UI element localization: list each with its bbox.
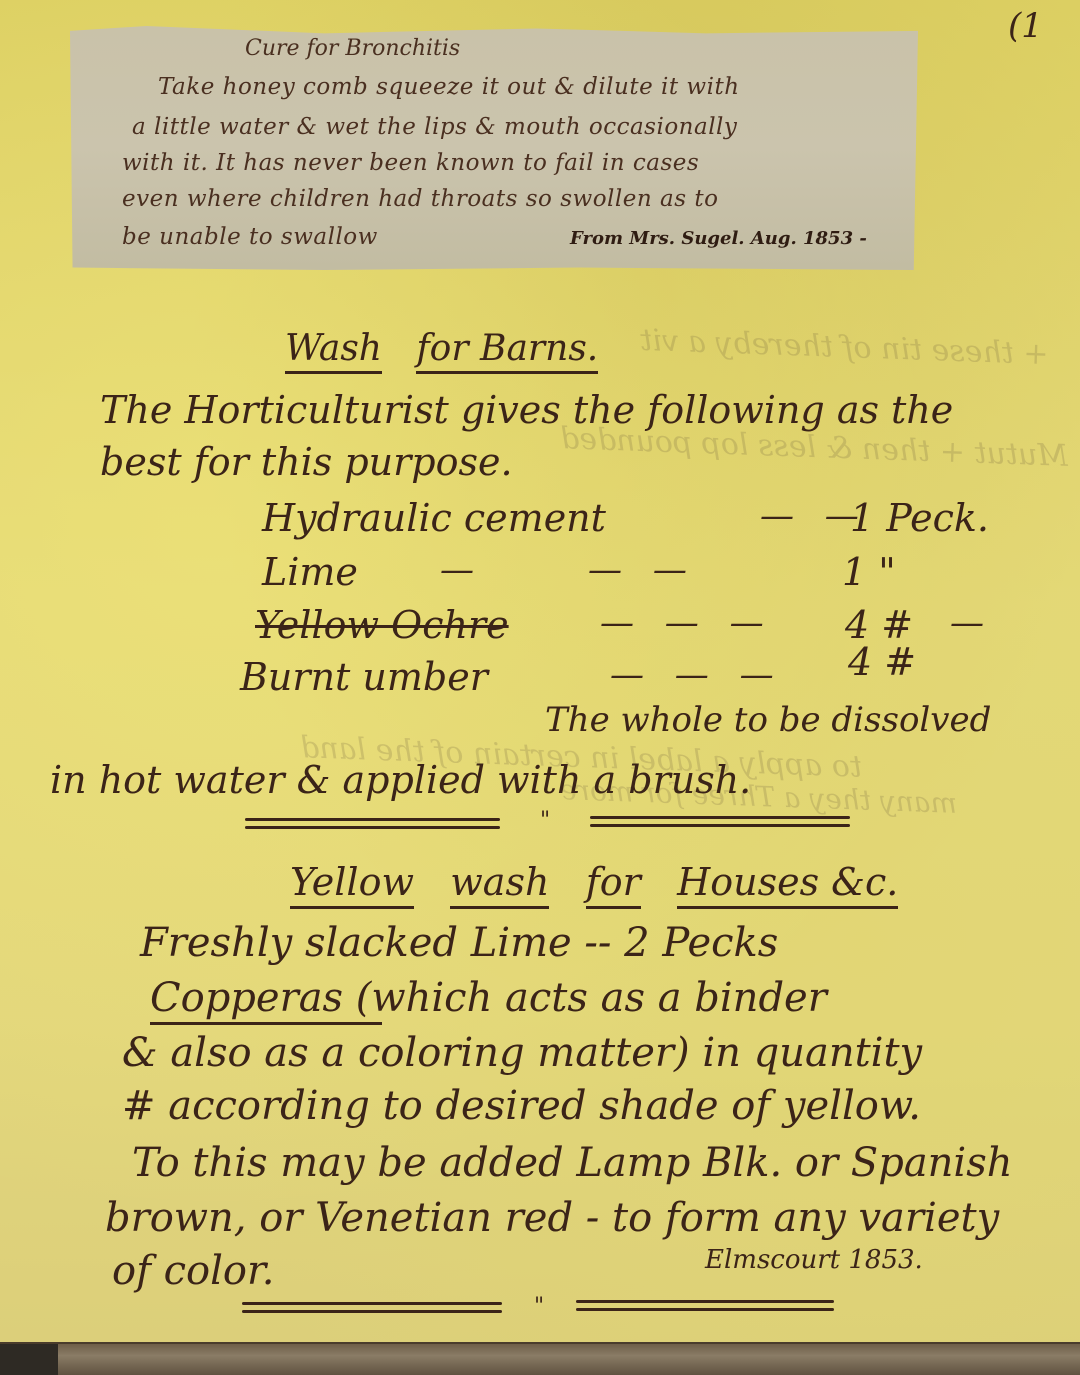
slip-title: Cure for Bronchitis — [245, 36, 460, 61]
slip-line: Take honey comb squeeze it out & dilute … — [158, 74, 740, 100]
divider-rule — [245, 818, 500, 821]
recipe-line: of color. — [112, 1248, 274, 1294]
title-word: for — [586, 860, 641, 909]
recipe-line: & also as a coloring matter) in quantity — [122, 1030, 922, 1076]
title-word: for Barns. — [416, 328, 598, 374]
ditto-mark: " — [540, 808, 550, 833]
title-space — [562, 860, 574, 904]
recipe-line: Freshly slacked Lime -- 2 Pecks — [140, 920, 778, 966]
recipe-line: To this may be added Lamp Blk. or Spanis… — [132, 1140, 1013, 1186]
divider-rule — [242, 1302, 502, 1305]
ingredient-name: Yellow Ochre — [255, 603, 509, 647]
slip-line: a little water & wet the lips & mouth oc… — [132, 114, 737, 140]
ingredient-quantity: 1 Peck. — [850, 496, 989, 540]
leader-dashes: — — — — [610, 655, 784, 695]
intro-line: best for this purpose. — [100, 440, 513, 484]
pasted-note-slip: Cure for Bronchitis Take honey comb sque… — [70, 26, 918, 270]
recipe-line: # according to desired shade of yellow. — [122, 1083, 921, 1129]
recipe-title-barns: Wash for Barns. — [285, 328, 598, 369]
instruction-line: in hot water & applied with a brush. — [50, 758, 751, 802]
recipe-attribution: Elmscourt 1853. — [705, 1245, 923, 1275]
ditto-mark: " — [534, 1294, 544, 1319]
book-binding-edge — [0, 1342, 1080, 1375]
ingredient-quantity: 1 " — [842, 550, 896, 594]
ingredient-name: Hydraulic cement — [262, 496, 606, 540]
intro-line: The Horticulturist gives the following a… — [100, 388, 953, 432]
manuscript-page: + these tin of thereby a vit Mutut + the… — [0, 0, 1080, 1342]
ingredient-quantity: 4 # — [848, 640, 916, 684]
ingredient-name: Lime — [262, 550, 358, 594]
slip-line: even where children had throats so swoll… — [122, 186, 718, 212]
divider-rule — [245, 826, 500, 829]
divider-rule — [590, 816, 850, 819]
ingredient-name: Burnt umber — [240, 655, 488, 699]
slip-attribution: From Mrs. Sugel. Aug. 1853 - — [570, 228, 867, 249]
divider-rule — [576, 1300, 834, 1303]
instruction-line: The whole to be dissolved — [545, 700, 991, 740]
leader-dashes: — — [950, 603, 994, 643]
bleed-through-text: + these tin of thereby a vit — [640, 323, 1050, 372]
binding-shadow — [0, 1344, 58, 1375]
divider-rule — [590, 824, 850, 827]
title-word: Houses &c. — [677, 860, 898, 909]
leader-dashes: — — — — [600, 603, 774, 643]
title-word: wash — [450, 860, 549, 909]
recipe-line: brown, or Venetian red - to form any var… — [105, 1195, 999, 1241]
leader-dashes: — — — — [440, 550, 697, 590]
title-word: Yellow — [290, 860, 414, 909]
divider-rule — [576, 1308, 834, 1311]
title-word — [393, 328, 404, 369]
slip-line: with it. It has never been known to fail… — [122, 150, 699, 176]
recipe-line: Copperas (which acts as a binder — [150, 975, 827, 1021]
title-word: Wash — [285, 328, 382, 374]
copperas-underline — [150, 1022, 382, 1025]
divider-rule — [242, 1310, 502, 1313]
slip-line: be unable to swallow — [122, 224, 378, 250]
recipe-title-houses: Yellow wash for Houses &c. — [290, 860, 898, 904]
title-space — [653, 860, 665, 904]
title-space — [426, 860, 438, 904]
page-number: (1 — [1008, 6, 1043, 46]
